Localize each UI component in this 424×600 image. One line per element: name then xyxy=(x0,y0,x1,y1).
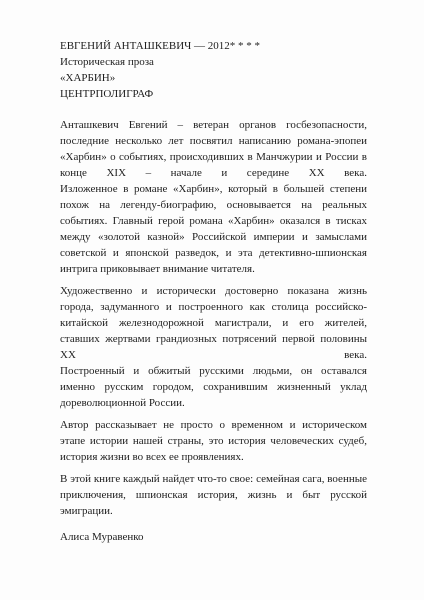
document-body: Анташкевич Евгений – ветеран органов гос… xyxy=(60,117,367,519)
book-title-line: «ХАРБИН» xyxy=(60,70,367,86)
paragraph-4: В этой книге каждый найдет что-то свое: … xyxy=(60,471,367,519)
paragraph-2-segment-2: Построенный и обжитый русскими людьми, о… xyxy=(60,363,367,411)
author-year-line: ЕВГЕНИЙ АНТАШКЕВИЧ — 2012* * * * xyxy=(60,38,367,54)
genre-line: Историческая проза xyxy=(60,54,367,70)
signature-line: Алиса Муравенко xyxy=(60,529,367,545)
paragraph-3-segment-1: Автор рассказывает не просто о временном… xyxy=(60,417,367,465)
paragraph-3: Автор рассказывает не просто о временном… xyxy=(60,417,367,465)
document-header: ЕВГЕНИЙ АНТАШКЕВИЧ — 2012* * * * Историч… xyxy=(60,38,367,102)
paragraph-4-segment-1: В этой книге каждый найдет что-то свое: … xyxy=(60,471,367,519)
document-page: ЕВГЕНИЙ АНТАШКЕВИЧ — 2012* * * * Историч… xyxy=(0,0,424,600)
paragraph-1: Анташкевич Евгений – ветеран органов гос… xyxy=(60,117,367,277)
paragraph-2: Художественно и исторически достоверно п… xyxy=(60,283,367,411)
paragraph-1-segment-2: Изложенное в романе «Харбин», который в … xyxy=(60,181,367,277)
paragraph-1-segment-1: Анташкевич Евгений – ветеран органов гос… xyxy=(60,117,367,181)
publisher-line: ЦЕНТРПОЛИГРАФ xyxy=(60,86,367,102)
paragraph-2-segment-1: Художественно и исторически достоверно п… xyxy=(60,283,367,363)
